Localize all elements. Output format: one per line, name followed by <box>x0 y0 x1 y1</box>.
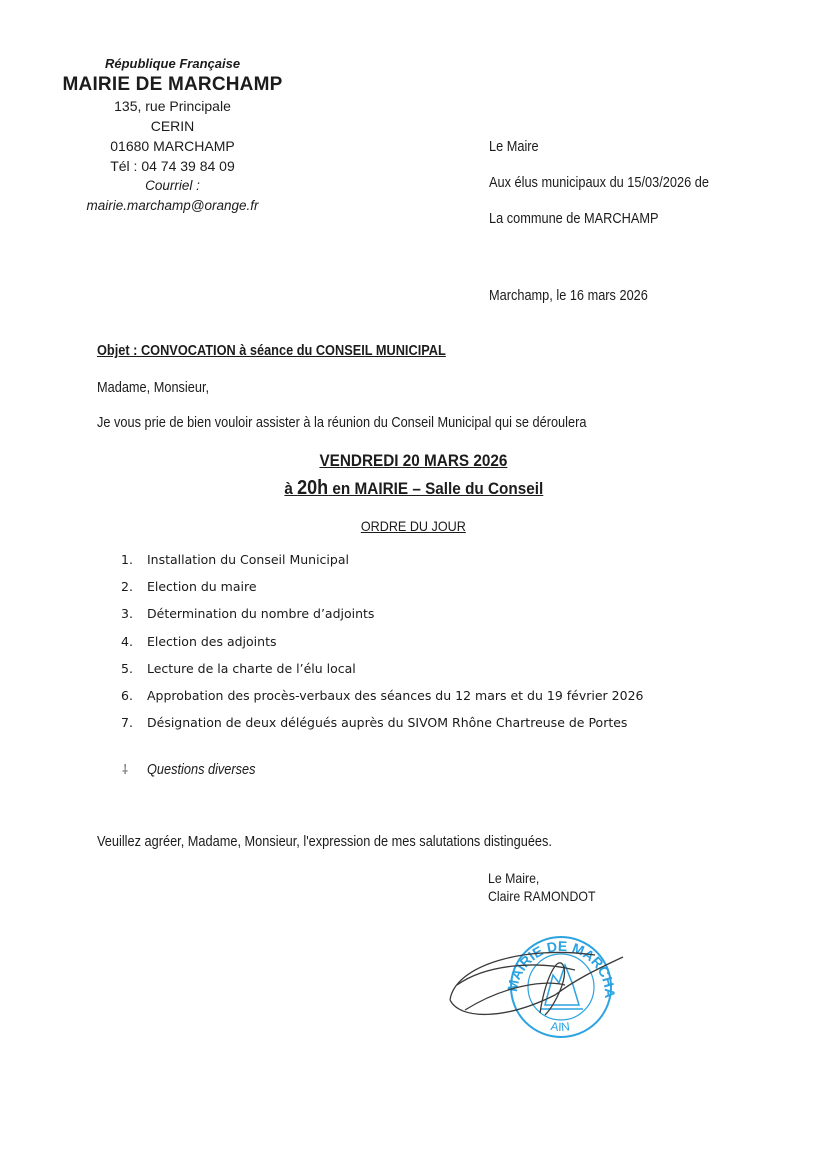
agenda-item: 7.Désignation de deux délégués auprès du… <box>121 709 643 736</box>
address-locality: CERIN <box>60 116 285 136</box>
agenda-item-label: Détermination du nombre d’adjoints <box>147 606 374 621</box>
meeting-date: VENDREDI 20 MARS 2026 <box>320 451 508 471</box>
agenda-item: 3.Détermination du nombre d’adjoints <box>121 600 643 627</box>
recipient-from: Le Maire <box>489 139 539 155</box>
agenda-list: 1.Installation du Conseil Municipal 2.El… <box>121 546 643 736</box>
agenda-item-number: 6. <box>121 688 147 703</box>
agenda-item-number: 5. <box>121 661 147 676</box>
address-street: 135, rue Principale <box>60 96 285 116</box>
meeting-date-row: VENDREDI 20 MARS 2026 <box>0 451 827 471</box>
recipient-to-line1: Aux élus municipaux du 15/03/2026 de <box>489 175 709 191</box>
republic-label: République Française <box>60 54 285 74</box>
signature-name: Claire RAMONDOT <box>488 888 595 904</box>
official-stamp-icon: MAIRIE DE MARCHAMP AIN <box>445 925 625 1045</box>
intro-text: Je vous prie de bien vouloir assister à … <box>97 415 586 431</box>
agenda-title: ORDRE DU JOUR <box>361 518 466 534</box>
email: Courriel : mairie.marchamp@orange.fr <box>60 176 285 216</box>
meeting-time-location: à 20h en MAIRIE – Salle du Conseil <box>284 477 543 500</box>
agenda-item-label: Installation du Conseil Municipal <box>147 552 349 567</box>
agenda-item: 2.Election du maire <box>121 573 643 600</box>
agenda-item-number: 7. <box>121 715 147 730</box>
meeting-time-row: à 20h en MAIRIE – Salle du Conseil <box>0 477 827 500</box>
phone: Tél : 04 74 39 84 09 <box>60 156 285 176</box>
agenda-title-row: ORDRE DU JOUR <box>0 518 827 534</box>
recipient-to-line2: La commune de MARCHAMP <box>489 211 658 227</box>
salutation: Madame, Monsieur, <box>97 380 209 396</box>
meeting-location: en MAIRIE – Salle du Conseil <box>328 479 543 498</box>
address-postcode: 01680 MARCHAMP <box>60 136 285 156</box>
agenda-item-label: Election des adjoints <box>147 634 277 649</box>
subject: Objet : CONVOCATION à séance du CONSEIL … <box>97 343 446 359</box>
time-prefix: à <box>284 479 297 498</box>
closing-text: Veuillez agréer, Madame, Monsieur, l'exp… <box>97 834 552 850</box>
sender-letterhead: République Française MAIRIE DE MARCHAMP … <box>60 54 285 216</box>
agenda-item-number: 1. <box>121 552 147 567</box>
svg-text:AIN: AIN <box>550 1019 571 1034</box>
agenda-item-number: 2. <box>121 579 147 594</box>
agenda-item-label: Approbation des procès-verbaux des séanc… <box>147 688 643 703</box>
agenda-item-number: 4. <box>121 634 147 649</box>
place-date: Marchamp, le 16 mars 2026 <box>489 288 648 304</box>
agenda-item: 5.Lecture de la charte de l’élu local <box>121 655 643 682</box>
agenda-item-label: Désignation de deux délégués auprès du S… <box>147 715 627 730</box>
svg-text:MAIRIE DE MARCHAMP: MAIRIE DE MARCHAMP <box>445 925 618 999</box>
meeting-time: 20h <box>297 477 328 499</box>
agenda-item-number: 3. <box>121 606 147 621</box>
dagger-bullet-icon: ⸸ <box>122 760 128 778</box>
signature-stamp: MAIRIE DE MARCHAMP AIN <box>445 925 625 1050</box>
agenda-misc: Questions diverses <box>147 762 256 778</box>
agenda-item-label: Election du maire <box>147 579 257 594</box>
agenda-item-label: Lecture de la charte de l’élu local <box>147 661 356 676</box>
agenda-item: 4.Election des adjoints <box>121 628 643 655</box>
signature-title: Le Maire, <box>488 870 539 886</box>
mairie-name: MAIRIE DE MARCHAMP <box>60 74 285 96</box>
agenda-item: 6.Approbation des procès-verbaux des séa… <box>121 682 643 709</box>
agenda-item: 1.Installation du Conseil Municipal <box>121 546 643 573</box>
